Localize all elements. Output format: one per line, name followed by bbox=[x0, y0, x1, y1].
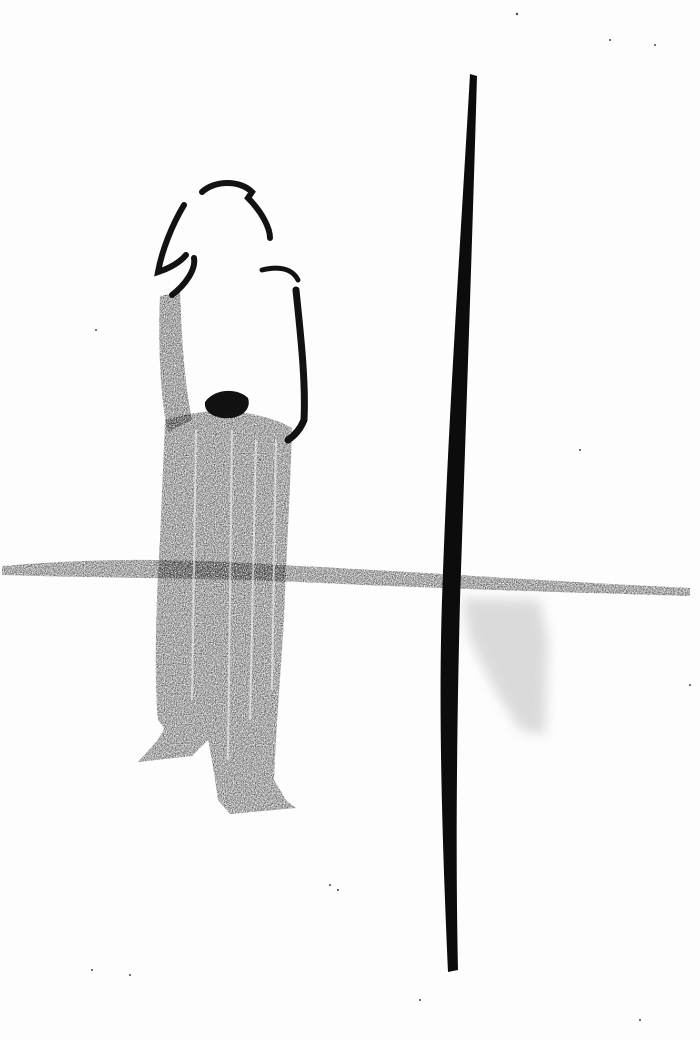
charcoal-sketch bbox=[0, 0, 700, 1040]
paper-background bbox=[0, 0, 700, 1040]
